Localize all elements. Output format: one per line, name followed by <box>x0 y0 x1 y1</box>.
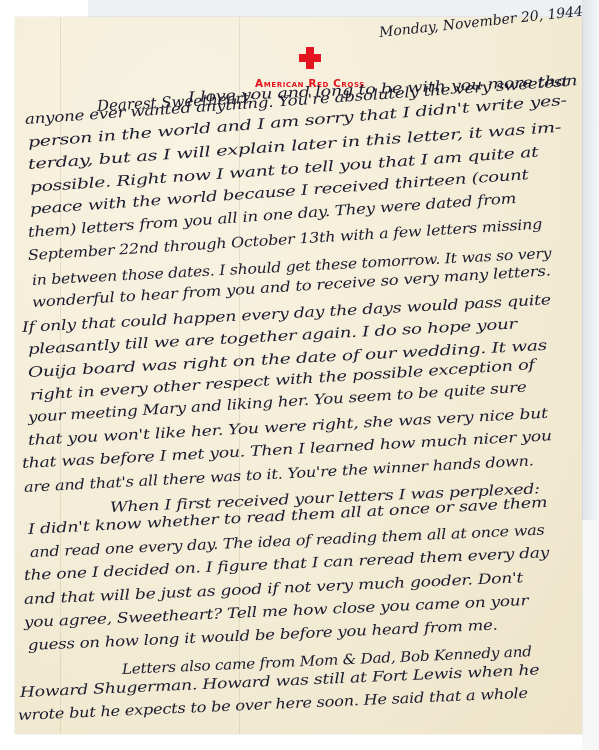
letter-page: Monday, November 20, 1944 American Red C… <box>15 17 582 734</box>
red-cross-icon <box>299 47 321 69</box>
scan-backing-right-lower <box>582 520 599 750</box>
